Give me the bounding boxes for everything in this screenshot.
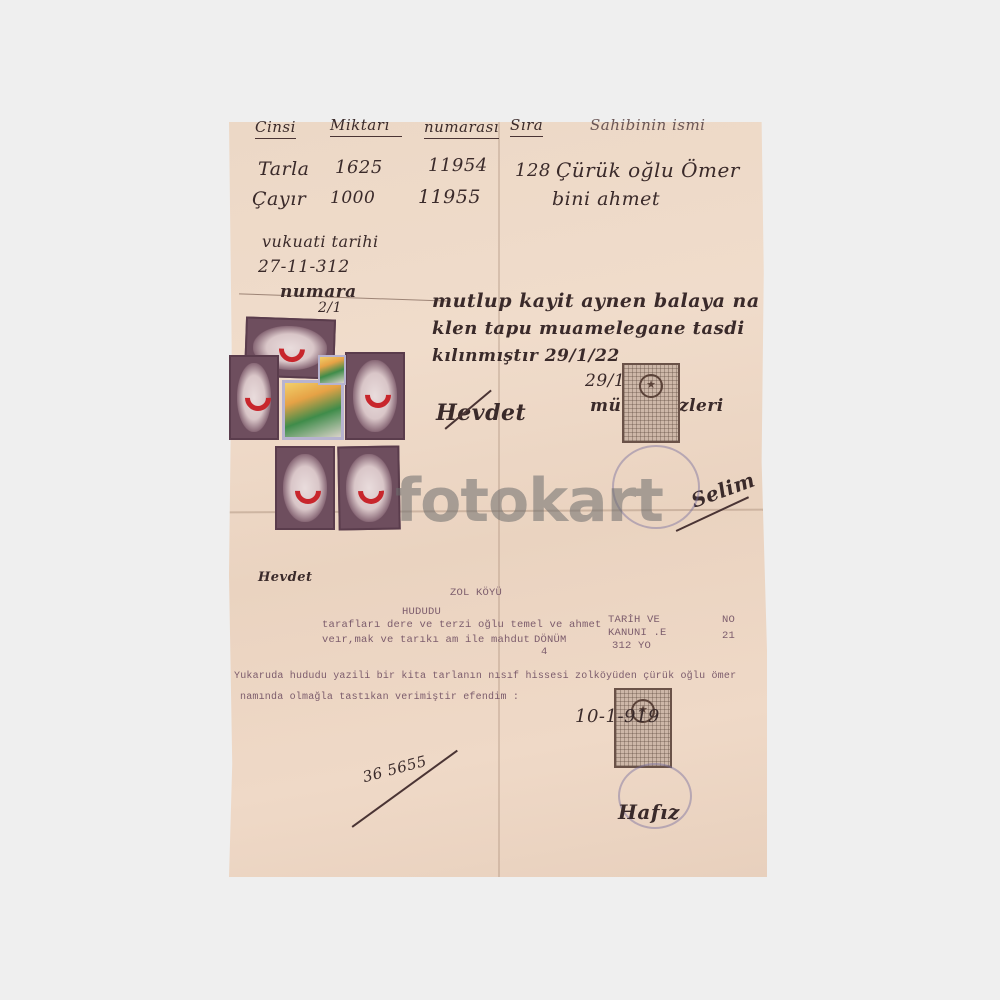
header-miktar: Miktarı bbox=[330, 116, 402, 137]
statement-line-1: Yukaruda hududu yazili bir kita tarlanın… bbox=[234, 671, 736, 682]
row2-cinsi: Çayır bbox=[252, 188, 306, 210]
header-cinsi: Cinsi bbox=[255, 118, 296, 139]
watermark: fotokart bbox=[395, 466, 663, 536]
row2-sahibi: bini ahmet bbox=[552, 188, 660, 210]
boundary-line-1: tarafları dere ve terzi oğlu temel ve ah… bbox=[322, 619, 602, 631]
crescent-star-icon: ★ bbox=[639, 374, 663, 398]
revenue-stamp: ★ bbox=[622, 363, 680, 443]
tarih-value: 312 YO bbox=[612, 640, 651, 652]
row1-numara: 11954 bbox=[428, 155, 488, 176]
boundary-line-2: veır,mak ve tarıkı am ile mahdut bbox=[322, 634, 530, 646]
vukuat-date: 27-11-312 bbox=[258, 257, 350, 277]
cert-line-2: klen tapu muamelegane tasdi bbox=[432, 318, 745, 339]
numara-value: 2/1 bbox=[318, 300, 342, 316]
row2-miktar: 1000 bbox=[330, 188, 375, 208]
red-crescent-stamp bbox=[345, 352, 405, 440]
row2-numara: 11955 bbox=[418, 186, 481, 208]
no-label: NO bbox=[722, 614, 735, 626]
signature-hafiz: Hafız bbox=[618, 800, 680, 824]
row1-miktar: 1625 bbox=[335, 157, 383, 178]
colored-pictorial-stamp bbox=[282, 380, 344, 440]
statement-line-2: namında olmağla tastıkan verimiştir efen… bbox=[240, 692, 519, 703]
header-numara: numarası bbox=[424, 118, 499, 139]
hududu-label: HUDUDU bbox=[402, 606, 441, 618]
donum-label: DÖNÜM bbox=[534, 634, 567, 646]
red-crescent-stamp bbox=[229, 355, 279, 440]
colored-stamp-fragment bbox=[318, 355, 346, 385]
header-sahibi: Sahibinin ismi bbox=[590, 116, 705, 134]
red-crescent-stamp bbox=[275, 446, 335, 530]
no-value: 21 bbox=[722, 630, 735, 642]
tarih-label-1: TARİH VE bbox=[608, 614, 660, 626]
signature-hevdet: Hevdet bbox=[436, 400, 526, 426]
header-sira: Sıra bbox=[510, 116, 543, 137]
tarih-label-2: KANUNI .E bbox=[608, 627, 667, 639]
margin-mark: Hevdet bbox=[258, 570, 312, 585]
cert-line-3: kılınmıştır 29/1/22 bbox=[432, 346, 620, 366]
numara-label: numara bbox=[280, 282, 357, 302]
red-crescent-stamp bbox=[337, 445, 400, 530]
donum-value: 4 bbox=[541, 646, 548, 658]
cert-line-1: mutlup kayit aynen balaya na bbox=[432, 290, 760, 312]
revenue-stamp: ★ bbox=[614, 688, 672, 768]
row1-cinsi: Tarla bbox=[258, 158, 310, 180]
bottom-date: 10-1-919 bbox=[575, 706, 660, 727]
village-title: ZOL KÖYÜ bbox=[450, 587, 502, 599]
row1-sahibi: Çürük oğlu Ömer bbox=[556, 158, 740, 182]
vukuat-label: vukuati tarihi bbox=[262, 232, 379, 251]
row1-sira: 128 bbox=[515, 160, 551, 181]
